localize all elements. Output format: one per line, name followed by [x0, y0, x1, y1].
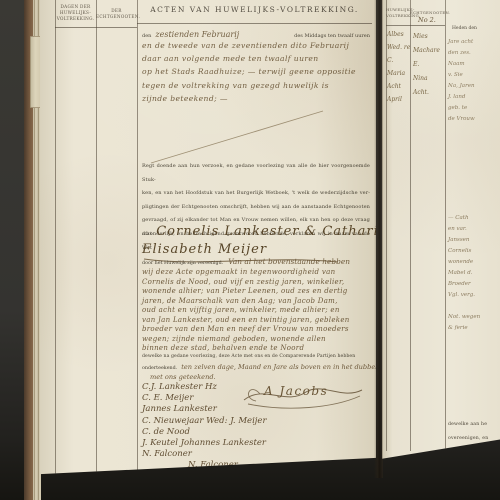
printed-bottom-line1: dewelke aan he — [448, 422, 487, 427]
handwritten-fragment: Cornelis — [448, 246, 500, 257]
handwritten-fragment — [448, 301, 500, 312]
handwritten-fragment: Mies — [413, 30, 445, 44]
closing-printed-line: dewelke na gedane voorlezing, deze Acte … — [142, 354, 370, 359]
closing-mixed-row: onderteekend. ten zelven dage, Maand en … — [142, 363, 370, 371]
handwritten-fragment: Acht. — [413, 86, 445, 100]
printed-bottom-line2: overeenigen, en — [448, 436, 488, 441]
signature-row: C. Nieuwejaar Wed: J. Meijer — [142, 416, 370, 427]
handwritten-fragment: — Cath — [448, 213, 500, 224]
date-column-entries: AlbesWed. reC.MariaAchtApril — [387, 28, 413, 106]
handwritten-line: wij deze Acte opgemaakt in tegenwoordigh… — [142, 268, 370, 278]
table-rule-vertical-1 — [55, 0, 56, 478]
handwritten-line: op het Stads Raadhuize; — terwijl geene … — [142, 65, 370, 78]
handwritten-fragment — [448, 147, 500, 158]
handwritten-fragment: Acht — [387, 80, 413, 93]
page-title: ACTEN VAN HUWELIJKS-VOLTREKKING. — [137, 5, 372, 14]
printed-line: Regt doende aan hun verzoek, en gedane v… — [142, 160, 370, 187]
handwritten-fragment: Nina — [413, 72, 445, 86]
handwritten-line: en de tweede van de zeventienden dito Fe… — [142, 39, 370, 52]
handwritten-line: binnen deze stad, behalven ende te Noord — [142, 344, 370, 354]
handwritten-fragment: Albes — [387, 28, 413, 41]
signature-row-indented: N. Falconer — [142, 460, 370, 471]
handwritten-fragment: geb. te — [448, 103, 500, 114]
couple-names-block: datCornelis Lankester & Catharina Elisab… — [142, 224, 370, 258]
official-signature: A Jacobs — [238, 380, 366, 410]
signature-row: J. Keutel Johannes Lankester — [142, 438, 370, 449]
table-rule-header-left — [55, 27, 137, 28]
page-gutter-shadow — [374, 0, 383, 478]
table-rule-vertical-3 — [445, 0, 446, 451]
handwritten-fragment: den zes. — [448, 48, 500, 59]
column-header-date: HUWELIJKS- VOLTREKKING. — [386, 7, 410, 19]
entry-opening-block: den zestienden Februarij des Middags ten… — [142, 30, 370, 105]
handwritten-fragment — [448, 169, 500, 180]
handwritten-line: broeder van den Man en neef der Vrouw va… — [142, 325, 370, 335]
handwritten-fragment: v. Sie — [448, 70, 500, 81]
entry-opening-lines: en de tweede van de zeventienden dito Fe… — [142, 39, 370, 105]
handwritten-fragment: Broeder — [448, 279, 500, 290]
handwritten-marriage-date: zestienden Februarij — [155, 30, 239, 39]
column-header-spouses-line: ECHTGENOOTEN. — [96, 14, 137, 20]
handwritten-closing-line1: ten zelven dage, Maand en Jare als boven… — [181, 363, 377, 371]
handwritten-line: jaren, de Maarschalk van den Aag; van Ja… — [142, 297, 370, 307]
handwritten-line: wegen; zijnde niemand geboden, wonende a… — [142, 335, 370, 345]
left-register-page: DAGEN DER HUWELIJKS- VOLTREKKING. DER EC… — [40, 0, 376, 478]
handwritten-line: tegen de voltrekking van gezegd huwelijk… — [142, 79, 370, 92]
handwritten-fragment: Wed. re — [387, 41, 413, 54]
handwritten-line: oud acht en vijftig jaren, winkelier, me… — [142, 306, 370, 316]
handwritten-fragment: Na, Jaren — [448, 81, 500, 92]
table-rule-header-title — [137, 23, 372, 24]
handwritten-fragment: wonende — [448, 257, 500, 268]
printed-line: ken, en van het Hoofdstuk van het Burger… — [142, 187, 370, 201]
printed-heden-den: Heden den — [452, 26, 477, 31]
handwritten-fragment: Naam — [448, 59, 500, 70]
table-rule-vertical-2 — [96, 0, 97, 478]
printed-line: pligtingen der Echtgenooten omschrijft, … — [142, 201, 370, 215]
couple-names-line1: datCornelis Lankester & Catharina — [142, 224, 370, 242]
couple-name-text: Cornelis Lankester & Catharina — [156, 224, 397, 239]
handwritten-line: van Jan Lankester, oud een en twintig ja… — [142, 316, 370, 326]
handwritten-fragment — [448, 158, 500, 169]
official-signature-name: A Jacobs — [264, 384, 328, 398]
handwritten-fragment — [448, 125, 500, 136]
handwritten-fragment: Jare acht — [448, 37, 500, 48]
printed-vereenigd: door het Huwelijk zijn vereenigd. — [142, 261, 223, 266]
handwritten-fragment: de Vrouw — [448, 114, 500, 125]
printed-dat: dat — [142, 231, 153, 237]
column-header-spouses: DER ECHTGENOOTEN. — [96, 8, 137, 20]
column-header-date: DAGEN DER HUWELIJKS- VOLTREKKING. — [55, 4, 96, 22]
handwritten-fragment: C. — [387, 54, 413, 67]
entry-opening-line1: den zestienden Februarij des Middags ten… — [142, 30, 370, 39]
handwritten-fragment: Maria — [387, 67, 413, 80]
handwritten-fragment — [448, 136, 500, 147]
signature-row: C. de Nood — [142, 427, 370, 438]
diagonal-pen-stroke — [145, 106, 330, 168]
photo-backdrop: DAGEN DER HUWELIJKS- VOLTREKKING. DER EC… — [0, 0, 500, 500]
entry-number: No 2. — [418, 16, 436, 24]
handwritten-fragment: Machare — [413, 44, 445, 58]
table-rule-header — [386, 25, 445, 26]
handwritten-fragment — [448, 180, 500, 191]
handwritten-line: zijnde beteekend; — — [142, 92, 370, 105]
handwritten-fragment: E. — [413, 58, 445, 72]
witness-paragraph: wij deze Acte opgemaakt in tegenwoordigh… — [142, 268, 370, 354]
handwritten-fragment: April — [387, 93, 413, 106]
handwritten-fragment — [448, 202, 500, 213]
handwritten-fragment: J. land — [448, 92, 500, 103]
spouse-column-entries: MiesMachareE.NinaAcht. — [413, 30, 445, 100]
handwritten-fragment: Janssen — [448, 235, 500, 246]
couple-names-line2: Elisabeth Meijer — [142, 242, 370, 258]
handwritten-fragment: en var. — [448, 224, 500, 235]
handwritten-fragment: & ferie — [448, 323, 500, 334]
handwritten-witness-intro: Van al het bovenstaande hebben — [228, 257, 350, 266]
right-register-page: HUWELIJKS- VOLTREKKING. ECHTGENOOTEN. No… — [382, 0, 500, 470]
column-header-date-line: VOLTREKKING. — [55, 16, 96, 22]
handwritten-line: wonende alhier; van Pieter Leenen, oud z… — [142, 287, 370, 297]
table-rule-vertical-3 — [137, 0, 138, 478]
signature-row: N. Falconer — [142, 449, 370, 460]
act-text-fragments: Jare achtden zes.Naamv. SieNa, JarenJ. l… — [448, 37, 500, 334]
handwritten-fragment: Mabel d. — [448, 268, 500, 279]
handwritten-fragment: Not. wegen — [448, 312, 500, 323]
printed-onderteekend: onderteekend. — [142, 366, 177, 371]
handwritten-fragment — [448, 191, 500, 202]
column-header-date-line: VOLTREKKING. — [386, 13, 410, 19]
handwritten-fragment: Vgl. verg. — [448, 290, 500, 301]
handwritten-line: Cornelis de Nood, oud vijf en zestig jar… — [142, 278, 370, 288]
vereenigd-row: door het Huwelijk zijn vereenigd. Van al… — [142, 257, 370, 266]
handwritten-line: daar aan volgende mede ten twaalf uuren — [142, 52, 370, 65]
signatures-block: A Jacobs C.J. Lankester HzC. E. MeijerJa… — [142, 382, 370, 472]
